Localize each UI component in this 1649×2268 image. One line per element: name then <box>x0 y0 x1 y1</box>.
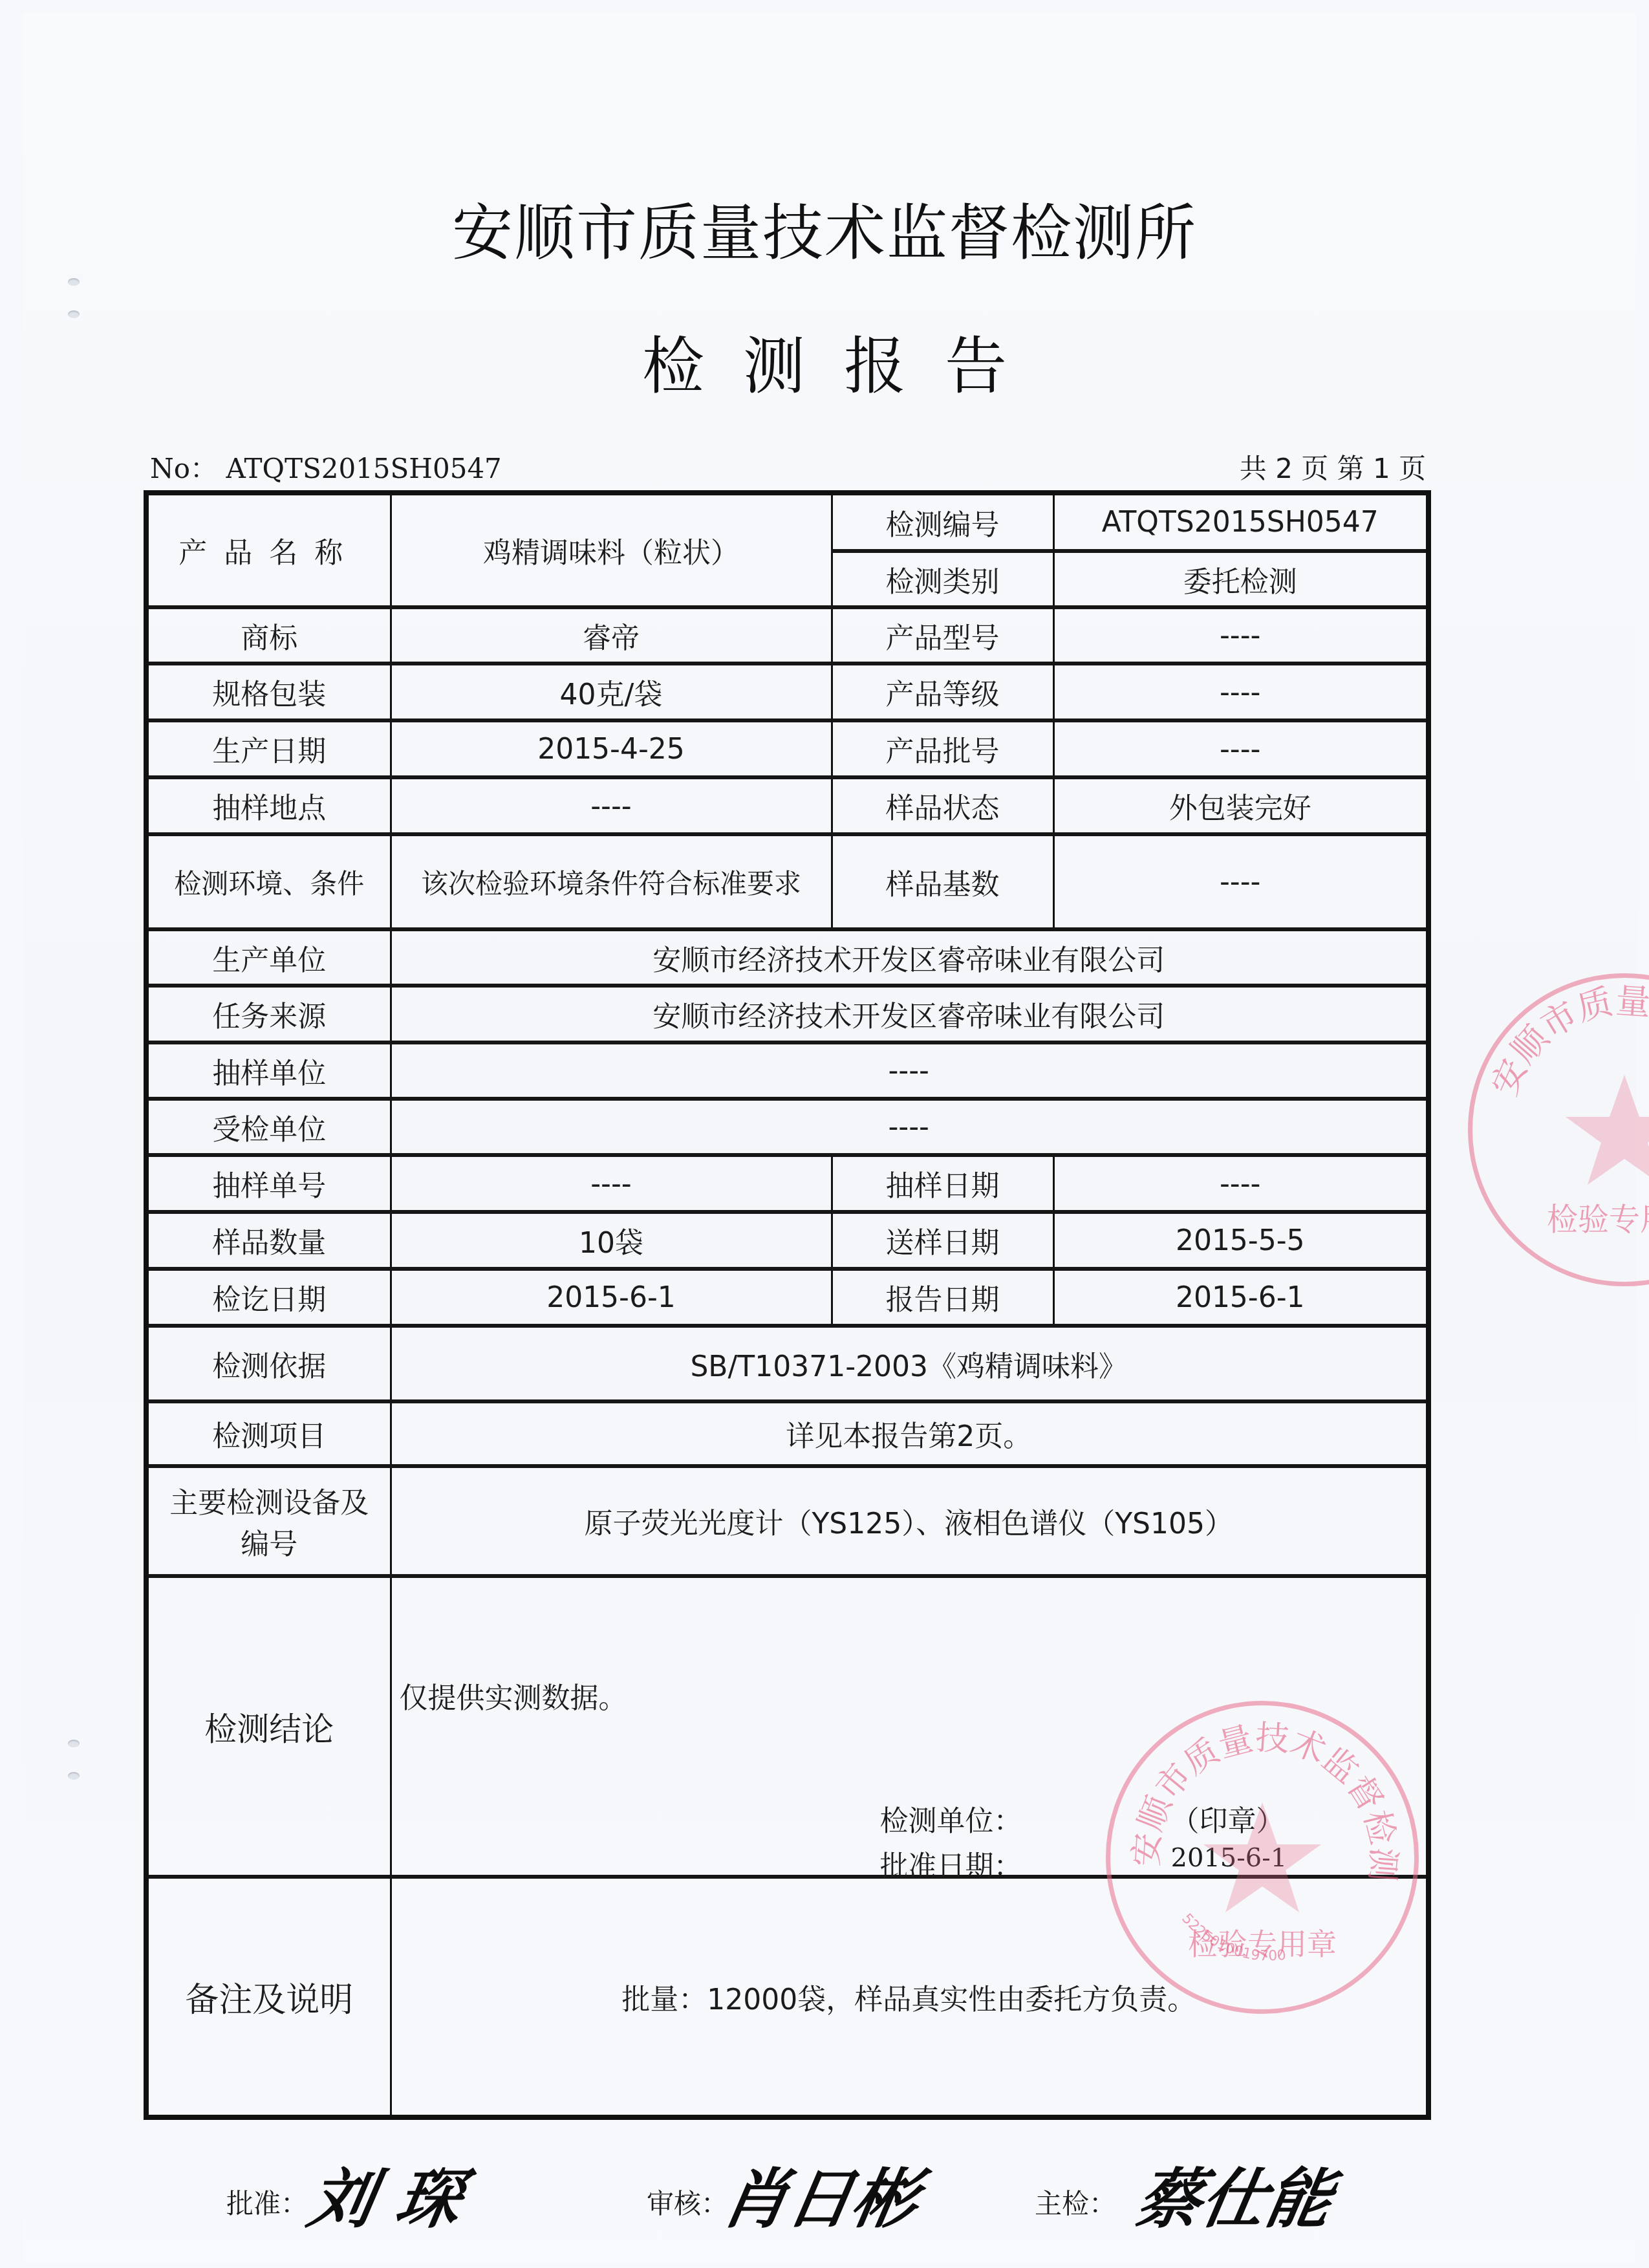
equipment-label-line: 主要检测设备及 <box>149 1480 390 1521</box>
institute-title: 安顺市质量技术监督检测所 <box>0 184 1649 272</box>
review-signature: 肖日彬 <box>716 2147 926 2240</box>
report-number-value: ATQTS2015SH0547 <box>226 453 501 484</box>
trademark-value: 睿帝 <box>391 607 832 664</box>
sampling-date-value: ---- <box>1053 1155 1428 1212</box>
sampling-date-label: 抽样日期 <box>832 1155 1053 1212</box>
spec-label: 规格包装 <box>146 664 391 720</box>
product-name-value: 鸡精调味料（粒状） <box>391 493 832 607</box>
punch-hole <box>68 278 80 286</box>
producer-label: 生产单位 <box>146 929 391 986</box>
test-unit-label: 检测单位： <box>880 1805 1022 1838</box>
inspector-signature: 蔡仕能 <box>1130 2147 1340 2240</box>
table-row: 主要检测设备及 编号 原子荧光光度计（YS125）、液相色谱仪（YS105） <box>146 1466 1428 1576</box>
report-title-char: 报 <box>844 317 906 405</box>
punch-hole <box>68 1740 80 1747</box>
report-table: 产品名称 鸡精调味料（粒状） 检测编号 ATQTS2015SH0547 检测类别… <box>144 490 1431 2120</box>
delivery-date-label: 送样日期 <box>832 1212 1053 1269</box>
table-row: 检测结论 仅提供实测数据。 检测单位： （印章） 批准日期： 2015-6-1 <box>146 1576 1428 1877</box>
grade-label: 产品等级 <box>832 664 1053 720</box>
producer-value: 安顺市经济技术开发区睿帝味业有限公司 <box>391 929 1428 986</box>
sampling-unit-value: ---- <box>391 1042 1428 1099</box>
approve-date-value: 2015-6-1 <box>1171 1843 1288 1873</box>
label-cell: 产品名称 <box>146 493 391 607</box>
table-row: 受检单位 ---- <box>146 1099 1428 1155</box>
table-row: 检讫日期 2015-6-1 报告日期 2015-6-1 <box>146 1269 1428 1326</box>
report-date-label: 报告日期 <box>832 1269 1053 1326</box>
report-title: 检测报告 <box>0 317 1649 405</box>
report-number: No： ATQTS2015SH0547 <box>150 448 502 486</box>
inspected-unit-label: 受检单位 <box>146 1099 391 1155</box>
test-unit-value: （印章） <box>1171 1798 1285 1839</box>
sample-base-value: ---- <box>1053 834 1428 929</box>
approve-date-line: 批准日期： 2015-6-1 <box>880 1843 1022 1885</box>
table-row: 检测依据 SB/T10371-2003《鸡精调味料》 <box>146 1326 1428 1401</box>
task-source-label: 任务来源 <box>146 986 391 1042</box>
approve-date-label: 批准日期： <box>880 1850 1022 1883</box>
sampling-place-label: 抽样地点 <box>146 777 391 834</box>
signature-row: 批准： 刘 琛 审核： 肖日彬 主检： 蔡仕能 <box>0 2134 1649 2251</box>
report-number-label: No： <box>150 453 217 484</box>
remarks-label: 备注及说明 <box>146 1877 391 2117</box>
batch-no-label: 产品批号 <box>832 720 1053 777</box>
sampling-no-label: 抽样单号 <box>146 1155 391 1212</box>
table-row: 商标 睿帝 产品型号 ---- <box>146 607 1428 664</box>
sample-base-label: 样品基数 <box>832 834 1053 929</box>
sampling-place-value: ---- <box>391 777 832 834</box>
conclusion-cell: 仅提供实测数据。 检测单位： （印章） 批准日期： 2015-6-1 <box>391 1576 1428 1877</box>
batch-no-value: ---- <box>1053 720 1428 777</box>
approve-label: 批准： <box>226 2183 308 2221</box>
basis-label: 检测依据 <box>146 1326 391 1401</box>
sample-qty-value: 10袋 <box>391 1212 832 1269</box>
test-end-date-value: 2015-6-1 <box>391 1269 832 1326</box>
items-label: 检测项目 <box>146 1401 391 1466</box>
basis-value: SB/T10371-2003《鸡精调味料》 <box>391 1326 1428 1401</box>
table-row: 任务来源 安顺市经济技术开发区睿帝味业有限公司 <box>146 986 1428 1042</box>
page-info: 共 2 页 第 1 页 <box>1240 448 1426 486</box>
report-title-char: 测 <box>743 317 805 405</box>
remarks-value: 批量：12000袋，样品真实性由委托方负责。 <box>391 1877 1428 2117</box>
sample-state-label: 样品状态 <box>832 777 1053 834</box>
spec-value: 40克/袋 <box>391 664 832 720</box>
model-label: 产品型号 <box>832 607 1053 664</box>
task-source-value: 安顺市经济技术开发区睿帝味业有限公司 <box>391 986 1428 1042</box>
prod-date-label: 生产日期 <box>146 720 391 777</box>
table-row: 样品数量 10袋 送样日期 2015-5-5 <box>146 1212 1428 1269</box>
equipment-value: 原子荧光光度计（YS125）、液相色谱仪（YS105） <box>391 1466 1428 1576</box>
table-row: 备注及说明 批量：12000袋，样品真实性由委托方负责。 <box>146 1877 1428 2117</box>
trademark-label: 商标 <box>146 607 391 664</box>
conclusion-value: 仅提供实测数据。 <box>400 1675 627 1716</box>
sample-qty-label: 样品数量 <box>146 1212 391 1269</box>
environment-value: 该次检验环境条件符合标准要求 <box>391 834 832 929</box>
table-row: 抽样单位 ---- <box>146 1042 1428 1099</box>
sampling-no-value: ---- <box>391 1155 832 1212</box>
test-no-label: 检测编号 <box>832 493 1053 551</box>
sample-state-value: 外包装完好 <box>1053 777 1428 834</box>
table-row: 检测项目 详见本报告第2页。 <box>146 1401 1428 1466</box>
table-row: 抽样地点 ---- 样品状态 外包装完好 <box>146 777 1428 834</box>
approve-signature: 刘 琛 <box>302 2147 470 2240</box>
test-end-date-label: 检讫日期 <box>146 1269 391 1326</box>
inspected-unit-value: ---- <box>391 1099 1428 1155</box>
prod-date-value: 2015-4-25 <box>391 720 832 777</box>
environment-label: 检测环境、条件 <box>146 834 391 929</box>
sampling-unit-label: 抽样单位 <box>146 1042 391 1099</box>
report-title-char: 告 <box>945 317 1007 405</box>
report-date-value: 2015-6-1 <box>1053 1269 1428 1326</box>
equipment-label: 主要检测设备及 编号 <box>146 1466 391 1576</box>
delivery-date-value: 2015-5-5 <box>1053 1212 1428 1269</box>
table-row: 产品名称 鸡精调味料（粒状） 检测编号 ATQTS2015SH0547 <box>146 493 1428 551</box>
test-type-label: 检测类别 <box>832 551 1053 607</box>
test-unit-line: 检测单位： （印章） <box>880 1798 1022 1839</box>
table-row: 抽样单号 ---- 抽样日期 ---- <box>146 1155 1428 1212</box>
test-no-value: ATQTS2015SH0547 <box>1053 493 1428 551</box>
table-row: 生产日期 2015-4-25 产品批号 ---- <box>146 720 1428 777</box>
review-label: 审核： <box>647 2183 728 2221</box>
inspector-label: 主检： <box>1035 2183 1116 2221</box>
test-type-value: 委托检测 <box>1053 551 1428 607</box>
conclusion-label: 检测结论 <box>146 1576 391 1877</box>
model-value: ---- <box>1053 607 1428 664</box>
table-row: 检测环境、条件 该次检验环境条件符合标准要求 样品基数 ---- <box>146 834 1428 929</box>
report-title-char: 检 <box>642 317 704 405</box>
equipment-label-line: 编号 <box>149 1521 390 1562</box>
table-row: 规格包装 40克/袋 产品等级 ---- <box>146 664 1428 720</box>
product-name-label: 产品名称 <box>178 537 360 570</box>
table-row: 生产单位 安顺市经济技术开发区睿帝味业有限公司 <box>146 929 1428 986</box>
grade-value: ---- <box>1053 664 1428 720</box>
punch-hole <box>68 1772 80 1780</box>
items-value: 详见本报告第2页。 <box>391 1401 1428 1466</box>
